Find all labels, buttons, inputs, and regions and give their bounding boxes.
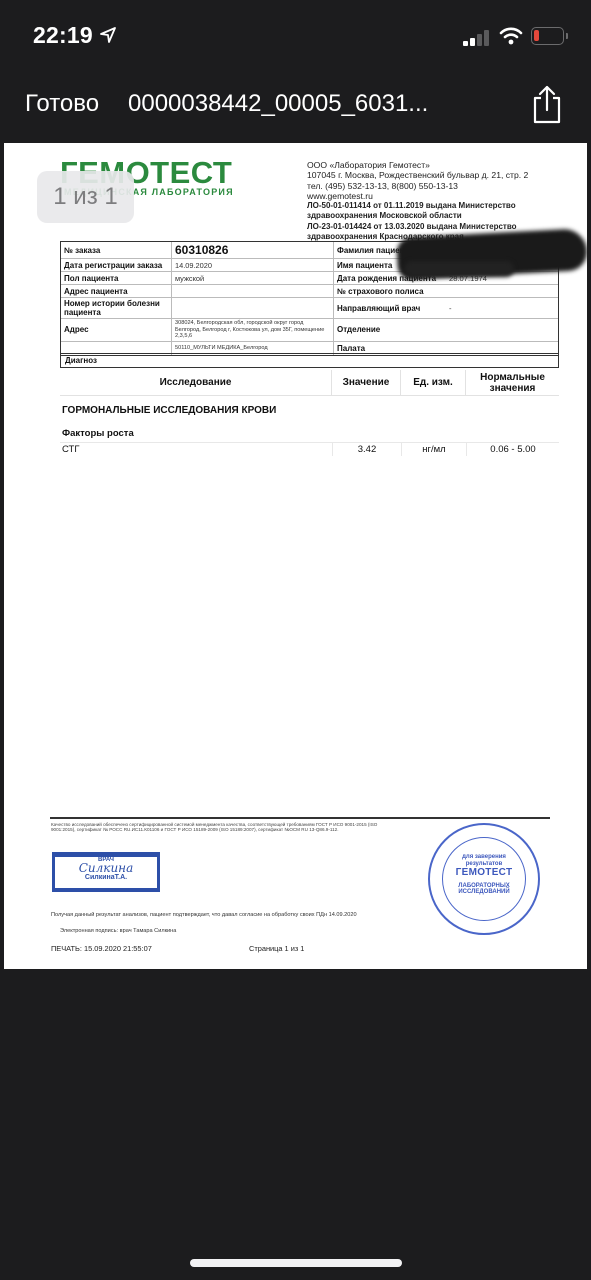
page-number: Страница 1 из 1 bbox=[249, 944, 304, 953]
home-indicator[interactable] bbox=[190, 1259, 402, 1267]
share-icon[interactable] bbox=[530, 84, 564, 124]
print-timestamp: ПЕЧАТЬ: 15.09.2020 21:55:07 bbox=[51, 944, 152, 953]
section-title: ГОРМОНАЛЬНЫЕ ИССЛЕДОВАНИЯ КРОВИ bbox=[62, 405, 276, 416]
footer-divider bbox=[50, 817, 550, 819]
wifi-icon bbox=[499, 27, 523, 45]
redaction-scribble bbox=[404, 261, 514, 277]
done-button[interactable]: Готово bbox=[25, 90, 99, 118]
lab-info: ООО «Лаборатория Гемотест» 107045 г. Мос… bbox=[307, 160, 528, 242]
table-row: СТГ 3.42 нг/мл 0.06 - 5.00 bbox=[60, 442, 559, 456]
document-title: 0000038442_00005_6031... bbox=[128, 90, 428, 118]
page-counter: 1 из 1 bbox=[37, 171, 134, 223]
document-page[interactable]: 1 из 1 ГЕМОТЕСТ МЕДИЦИНСКАЯ ЛАБОРАТОРИЯ … bbox=[4, 143, 587, 969]
clock: 22:19 bbox=[33, 22, 93, 49]
electronic-signature: Электронная подпись: врач Тамара Силкина bbox=[60, 928, 176, 934]
nav-bar: Готово 0000038442_00005_6031... bbox=[0, 72, 591, 140]
cellular-signal-icon bbox=[463, 30, 491, 46]
status-bar: 22:19 bbox=[0, 0, 591, 72]
consent-note: Получая данный результат анализов, пацие… bbox=[51, 912, 357, 918]
results-table-header: Исследование Значение Ед. изм. Нормальны… bbox=[60, 370, 559, 396]
doctor-stamp: ВРАЧ Силкина СилкинаТ.А. bbox=[52, 852, 160, 892]
location-arrow-icon bbox=[99, 26, 117, 44]
order-number: 60310826 bbox=[175, 243, 228, 257]
quality-note: Качество исследований обеспечено сертифи… bbox=[51, 822, 391, 833]
battery-low-icon bbox=[531, 27, 564, 45]
diagnosis-row: Диагноз bbox=[60, 353, 559, 368]
subsection-title: Факторы роста bbox=[62, 428, 134, 439]
lab-seal: для заверения результатов ГЕМОТЕСТ ЛАБОР… bbox=[428, 823, 540, 935]
